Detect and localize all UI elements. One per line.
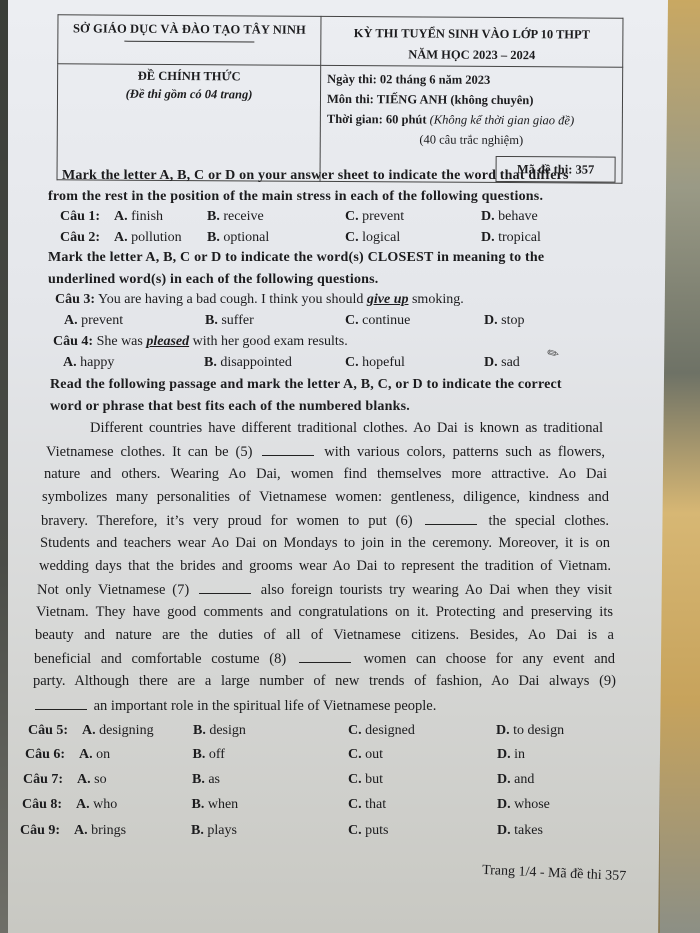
- option-text: optional: [223, 230, 269, 245]
- question-4-stem: Câu 4: She was pleased with her good exa…: [53, 334, 348, 350]
- passage-line: Vietnamese clothes. It can be (5) with v…: [46, 443, 605, 461]
- passage-text: beneficial and comfortable costume (8): [34, 651, 286, 667]
- answer-option-a[interactable]: A. pollution: [114, 230, 182, 246]
- option-text: takes: [514, 823, 543, 838]
- question-stem-after: with her good exam results.: [193, 334, 348, 349]
- option-text: in: [514, 747, 525, 762]
- option-letter: B.: [205, 313, 218, 328]
- option-letter: D.: [484, 355, 498, 370]
- option-text: who: [93, 797, 117, 812]
- passage-text: bravery. Therefore, it’s very proud for …: [41, 513, 413, 529]
- answer-option-c[interactable]: C. prevent: [345, 209, 404, 225]
- option-letter: A.: [77, 772, 91, 787]
- question-label: Câu 6:: [25, 747, 65, 763]
- passage-line: bravery. Therefore, it’s very proud for …: [41, 512, 609, 530]
- option-letter: C.: [348, 823, 362, 838]
- option-text: and: [514, 772, 534, 787]
- option-letter: D.: [497, 797, 511, 812]
- option-letter: D.: [484, 313, 498, 328]
- option-letter: A.: [82, 723, 96, 738]
- pages-note: (Đề thi gồm có 04 trang): [58, 86, 320, 103]
- option-text: designed: [365, 723, 415, 738]
- department-underline: [124, 41, 254, 43]
- option-letter: B.: [193, 723, 206, 738]
- section2-instruction-line2: underlined word(s) in each of the follow…: [48, 272, 379, 288]
- answer-option-b[interactable]: B. receive: [207, 209, 264, 225]
- option-text: tropical: [498, 230, 541, 245]
- option-letter: D.: [496, 723, 510, 738]
- answer-blank: [199, 581, 251, 594]
- option-letter: B.: [207, 230, 220, 245]
- option-text: designing: [99, 723, 153, 738]
- answer-option-a[interactable]: A. prevent: [64, 313, 123, 329]
- answer-option-d[interactable]: D. sad: [484, 355, 520, 371]
- option-text: on: [96, 747, 110, 762]
- option-text: whose: [514, 797, 550, 812]
- passage-line: party. Although there are a large number…: [33, 673, 616, 690]
- answer-blank: [299, 650, 351, 663]
- exam-header-table: SỞ GIÁO DỤC VÀ ĐÀO TẠO TÂY NINH KỲ THI T…: [56, 14, 623, 183]
- header-exam-title-cell: KỲ THI TUYỂN SINH VÀO LỚP 10 THPT NĂM HỌ…: [321, 16, 623, 67]
- passage-text: also foreign tourists try wearing Ao Dai…: [261, 582, 612, 598]
- passage-line: nature and others. Wearing Ao Dai, women…: [44, 466, 607, 483]
- department-name: SỞ GIÁO DỤC VÀ ĐÀO TẠO TÂY NINH: [58, 21, 320, 38]
- answer-option-a[interactable]: A. on: [79, 747, 110, 763]
- passage-text: Vietnamese clothes. It can be (5): [46, 444, 252, 460]
- answer-option-a[interactable]: A. who: [76, 797, 117, 813]
- option-text: pollution: [131, 230, 182, 245]
- header-status-cell: ĐỀ CHÍNH THỨC (Đề thi gồm có 04 trang): [57, 64, 321, 182]
- answer-blank: [35, 697, 87, 710]
- answer-option-d[interactable]: D. to design: [496, 723, 564, 739]
- header-department-cell: SỞ GIÁO DỤC VÀ ĐÀO TẠO TÂY NINH: [58, 15, 321, 66]
- answer-option-d[interactable]: D. behave: [481, 209, 538, 225]
- option-text: design: [209, 723, 246, 738]
- answer-blank: [262, 443, 314, 456]
- answer-option-b[interactable]: B. optional: [207, 230, 269, 246]
- answer-option-d[interactable]: D. stop: [484, 313, 524, 329]
- duration-note: (Không kể thời gian giao đề): [430, 113, 575, 128]
- option-text: finish: [131, 209, 163, 224]
- answer-option-d[interactable]: D. whose: [497, 797, 550, 813]
- passage-text: with various colors, patterns such as fl…: [324, 444, 605, 460]
- option-text: plays: [207, 823, 237, 838]
- option-text: brings: [91, 823, 126, 838]
- option-letter: A.: [63, 355, 77, 370]
- question-stem-after: smoking.: [412, 292, 464, 307]
- option-text: prevent: [362, 209, 404, 224]
- question-stem-before: She was: [97, 334, 143, 349]
- passage-line: Different countries have different tradi…: [90, 420, 603, 437]
- exam-info: Ngày thi: 02 tháng 6 năm 2023 Môn thi: T…: [321, 66, 623, 151]
- question-label: Câu 7:: [23, 772, 63, 788]
- passage-line: symbolizes many personalities of Vietnam…: [42, 489, 609, 506]
- answer-option-a[interactable]: A. finish: [114, 209, 163, 225]
- passage-line: Students and teachers wear Ao Dai on Mon…: [40, 535, 610, 552]
- option-letter: B.: [192, 772, 205, 787]
- answer-option-b[interactable]: B. when: [192, 797, 239, 813]
- option-text: off: [209, 747, 225, 762]
- passage-line: wedding days that the brides and grooms …: [39, 558, 611, 575]
- option-letter: A.: [114, 209, 128, 224]
- underlined-phrase: give up: [367, 292, 409, 307]
- passage-text: an important role in the spiritual life …: [94, 698, 437, 714]
- answer-option-a[interactable]: A. so: [77, 772, 107, 788]
- exam-title: KỲ THI TUYỂN SINH VÀO LỚP 10 THPT NĂM HỌ…: [321, 23, 622, 67]
- answer-option-d[interactable]: D. in: [497, 747, 525, 763]
- answer-option-b[interactable]: B. disappointed: [204, 355, 292, 371]
- answer-option-c[interactable]: C. hopeful: [345, 355, 405, 371]
- passage-text: the special clothes.: [488, 513, 609, 529]
- option-letter: D.: [497, 823, 511, 838]
- passage-text: Not only Vietnamese (7): [37, 582, 189, 598]
- answer-option-a[interactable]: A. designing: [82, 723, 154, 739]
- section3-instruction-line2: word or phrase that best fits each of th…: [50, 399, 410, 415]
- option-letter: D.: [481, 230, 495, 245]
- option-letter: D.: [481, 209, 495, 224]
- option-text: to design: [513, 723, 564, 738]
- answer-option-d[interactable]: D. takes: [497, 823, 543, 839]
- option-letter: A.: [76, 797, 90, 812]
- option-letter: A.: [79, 747, 93, 762]
- question-3-stem: Câu 3: You are having a bad cough. I thi…: [55, 292, 464, 308]
- answer-option-b[interactable]: B. design: [193, 723, 246, 739]
- exam-duration: Thời gian: 60 phút: [327, 112, 427, 127]
- question-label: Câu 9:: [20, 823, 60, 839]
- option-letter: C.: [348, 797, 362, 812]
- option-text: happy: [80, 355, 114, 370]
- passage-line: Vietnam. They have good comments and con…: [36, 604, 613, 621]
- exam-title-line2: NĂM HỌC 2023 – 2024: [408, 47, 535, 62]
- answer-option-b[interactable]: B. as: [192, 772, 220, 788]
- option-text: hopeful: [362, 355, 405, 370]
- option-text: sad: [501, 355, 520, 370]
- option-text: so: [94, 772, 106, 787]
- answer-option-c[interactable]: C. out: [348, 747, 383, 763]
- option-letter: C.: [345, 209, 359, 224]
- answer-option-c[interactable]: C. but: [348, 772, 383, 788]
- option-letter: B.: [193, 747, 206, 762]
- question-label: Câu 4:: [53, 334, 93, 349]
- exam-title-line1: KỲ THI TUYỂN SINH VÀO LỚP 10 THPT: [354, 26, 590, 41]
- option-text: behave: [498, 209, 538, 224]
- option-letter: B.: [204, 355, 217, 370]
- option-text: prevent: [81, 313, 123, 328]
- question-label: Câu 8:: [22, 797, 62, 813]
- question-label: Câu 2:: [60, 230, 100, 246]
- option-letter: D.: [497, 747, 511, 762]
- option-letter: C.: [345, 355, 359, 370]
- answer-option-d[interactable]: D. tropical: [481, 230, 541, 246]
- underlined-phrase: pleased: [146, 334, 189, 349]
- header-info-cell: Ngày thi: 02 tháng 6 năm 2023 Môn thi: T…: [320, 65, 623, 183]
- option-letter: A.: [74, 823, 88, 838]
- option-text: disappointed: [220, 355, 292, 370]
- option-letter: A.: [64, 313, 78, 328]
- section3-instruction-line1: Read the following passage and mark the …: [50, 377, 562, 393]
- passage-line: beneficial and comfortable costume (8) w…: [34, 650, 615, 668]
- option-letter: B.: [207, 209, 220, 224]
- exam-date: Ngày thi: 02 tháng 6 năm 2023: [327, 72, 490, 87]
- option-letter: C.: [345, 230, 359, 245]
- question-label: Câu 3:: [55, 292, 95, 307]
- option-letter: C.: [348, 723, 362, 738]
- option-text: logical: [362, 230, 400, 245]
- official-status: ĐỀ CHÍNH THỨC: [58, 68, 320, 85]
- section1-instruction-line2: from the rest in the position of the mai…: [48, 189, 543, 205]
- option-text: but: [365, 772, 383, 787]
- answer-option-a[interactable]: A. brings: [74, 823, 126, 839]
- option-letter: C.: [348, 772, 362, 787]
- answer-option-b[interactable]: B. off: [193, 747, 225, 763]
- option-letter: B.: [192, 797, 205, 812]
- answer-option-b[interactable]: B. suffer: [205, 313, 254, 329]
- answer-option-c[interactable]: C. designed: [348, 723, 415, 739]
- option-text: continue: [362, 313, 410, 328]
- answer-option-d[interactable]: D. and: [497, 772, 534, 788]
- passage-line: Not only Vietnamese (7) also foreign tou…: [37, 581, 612, 599]
- answer-option-c[interactable]: C. logical: [345, 230, 400, 246]
- answer-option-c[interactable]: C. puts: [348, 823, 388, 839]
- answer-option-c[interactable]: C. continue: [345, 313, 410, 329]
- option-letter: C.: [345, 313, 359, 328]
- answer-blank: [425, 512, 477, 525]
- passage-line: beauty and nature are the duties of all …: [35, 627, 614, 644]
- question-label: Câu 5:: [28, 723, 68, 739]
- passage-text: women can choose for any event and: [364, 651, 615, 667]
- section2-instruction-line1: Mark the letter A, B, C or D to indicate…: [48, 250, 544, 266]
- section1-instruction-line1: Mark the letter A, B, C or D on your ans…: [62, 168, 569, 184]
- answer-option-a[interactable]: A. happy: [63, 355, 114, 371]
- option-text: puts: [365, 823, 388, 838]
- option-text: that: [365, 797, 386, 812]
- question-count: (40 câu trắc nghiệm): [327, 129, 616, 151]
- question-stem-before: You are having a bad cough. I think you …: [98, 292, 363, 307]
- option-letter: A.: [114, 230, 128, 245]
- exam-subject: Môn thi: TIẾNG ANH (không chuyên): [327, 92, 534, 107]
- answer-option-c[interactable]: C. that: [348, 797, 386, 813]
- option-letter: B.: [191, 823, 204, 838]
- option-text: out: [365, 747, 383, 762]
- option-text: when: [208, 797, 238, 812]
- answer-option-b[interactable]: B. plays: [191, 823, 237, 839]
- option-text: receive: [223, 209, 263, 224]
- option-text: stop: [501, 313, 524, 328]
- question-label: Câu 1:: [60, 209, 100, 225]
- option-text: suffer: [221, 313, 253, 328]
- passage-line: an important role in the spiritual life …: [32, 697, 616, 715]
- option-letter: D.: [497, 772, 511, 787]
- option-letter: C.: [348, 747, 362, 762]
- option-text: as: [208, 772, 220, 787]
